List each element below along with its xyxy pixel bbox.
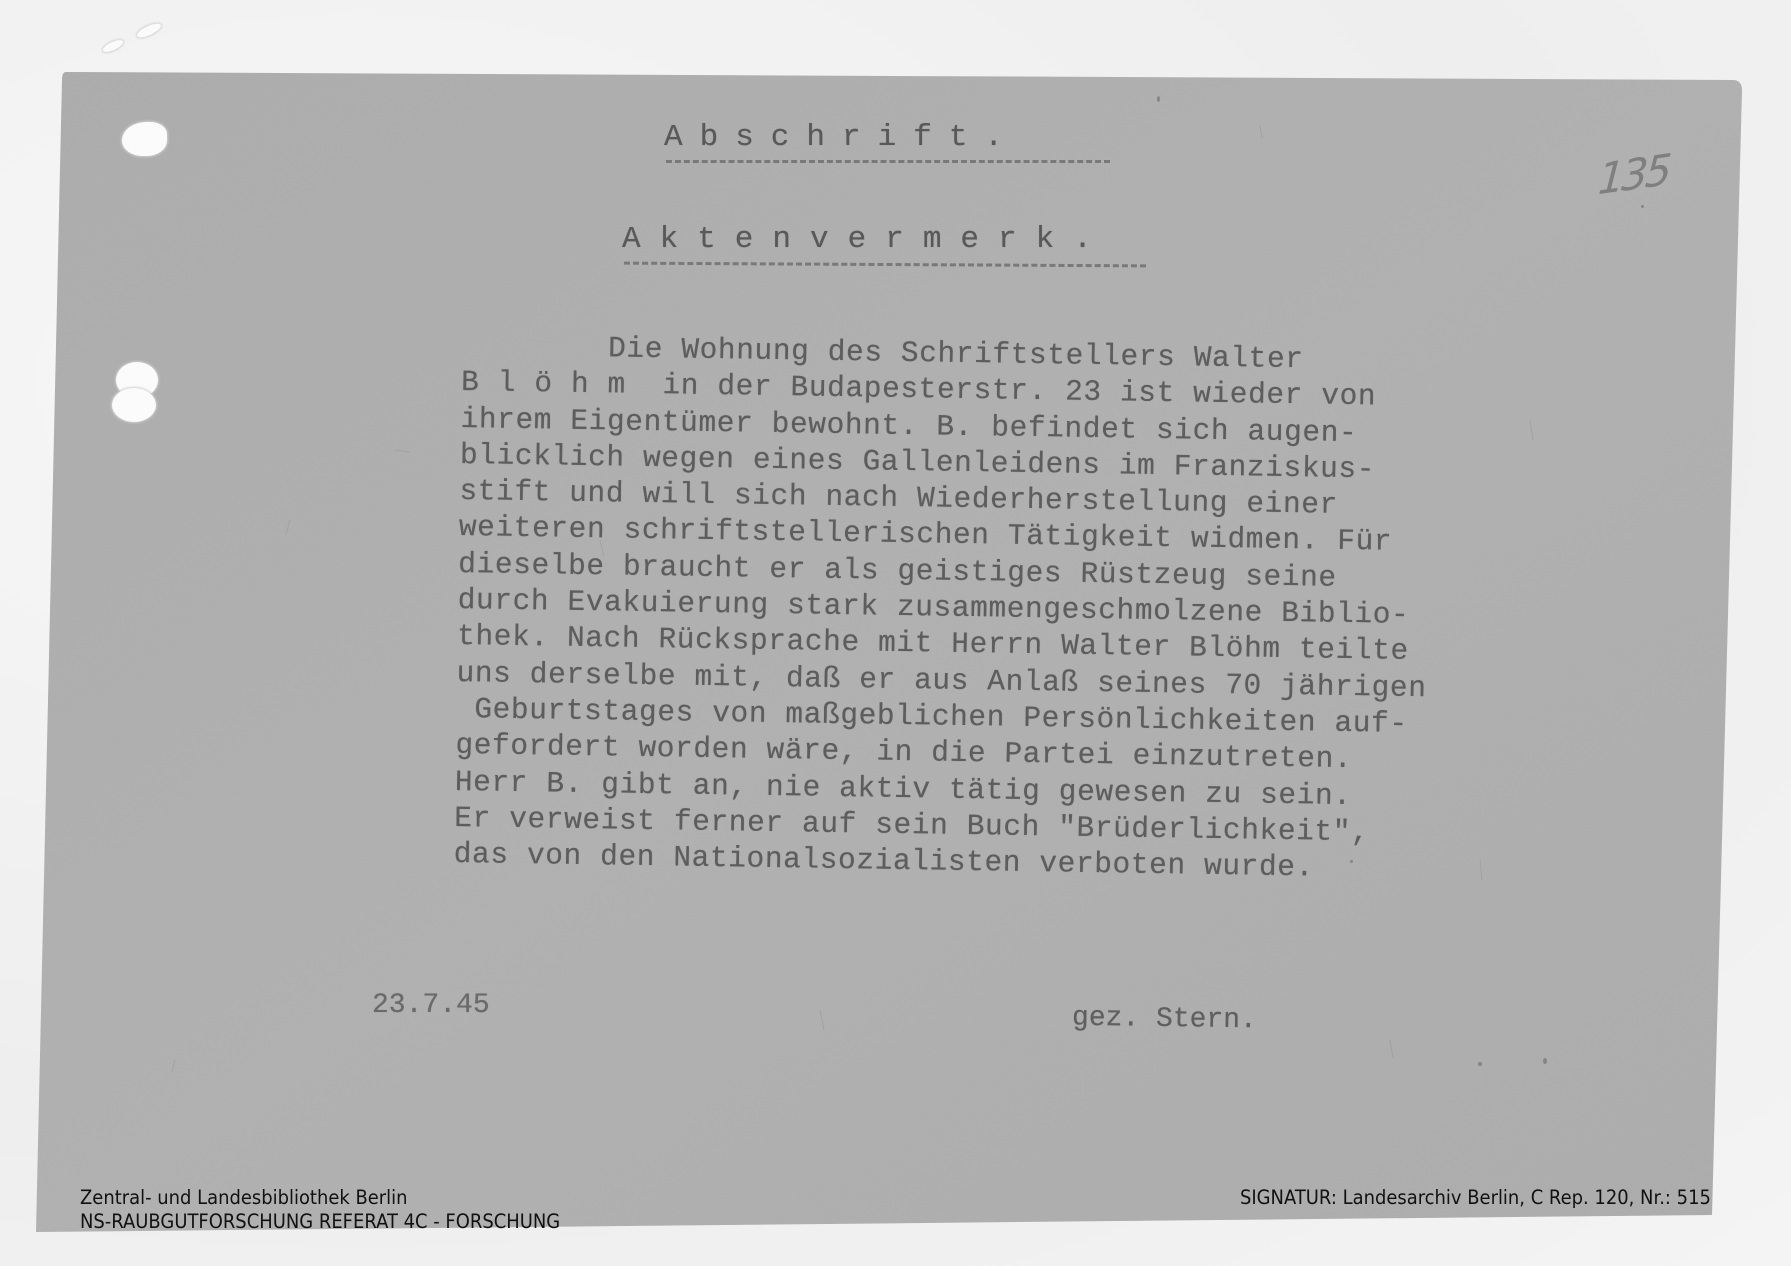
memo-date: 23.7.45 (372, 990, 490, 1021)
memo-body: Die Wohnung des Schriftstellers WalterB … (453, 328, 1431, 888)
footer-institution: Zentral- und Landesbibliothek Berlin (80, 1186, 560, 1210)
footer-right: SIGNATUR: Landesarchiv Berlin, C Rep. 12… (1240, 1186, 1711, 1210)
document-title: Aktenvermerk. (622, 222, 1111, 257)
heading-underline (666, 160, 1110, 163)
memo-signature: gez. Stern. (1072, 1003, 1257, 1037)
footer-left: Zentral- und Landesbibliothek Berlin NS-… (80, 1186, 560, 1234)
punch-hole (112, 388, 156, 422)
ink-speck (1157, 96, 1160, 102)
ink-speck (1641, 205, 1644, 208)
footer-department: NS-RAUBGUTFORSCHUNG REFERAT 4C - FORSCHU… (80, 1210, 560, 1234)
footer-signatur: SIGNATUR: Landesarchiv Berlin, C Rep. 12… (1240, 1186, 1711, 1210)
punch-hole (122, 122, 167, 156)
ink-speck (1478, 1062, 1482, 1066)
folio-number: 135 (1597, 145, 1671, 205)
document-heading: Abschrift. (664, 120, 1020, 155)
scanned-document: Abschrift. Aktenvermerk. 135 Die Wohnung… (0, 0, 1791, 1266)
ink-speck (1543, 1058, 1547, 1064)
